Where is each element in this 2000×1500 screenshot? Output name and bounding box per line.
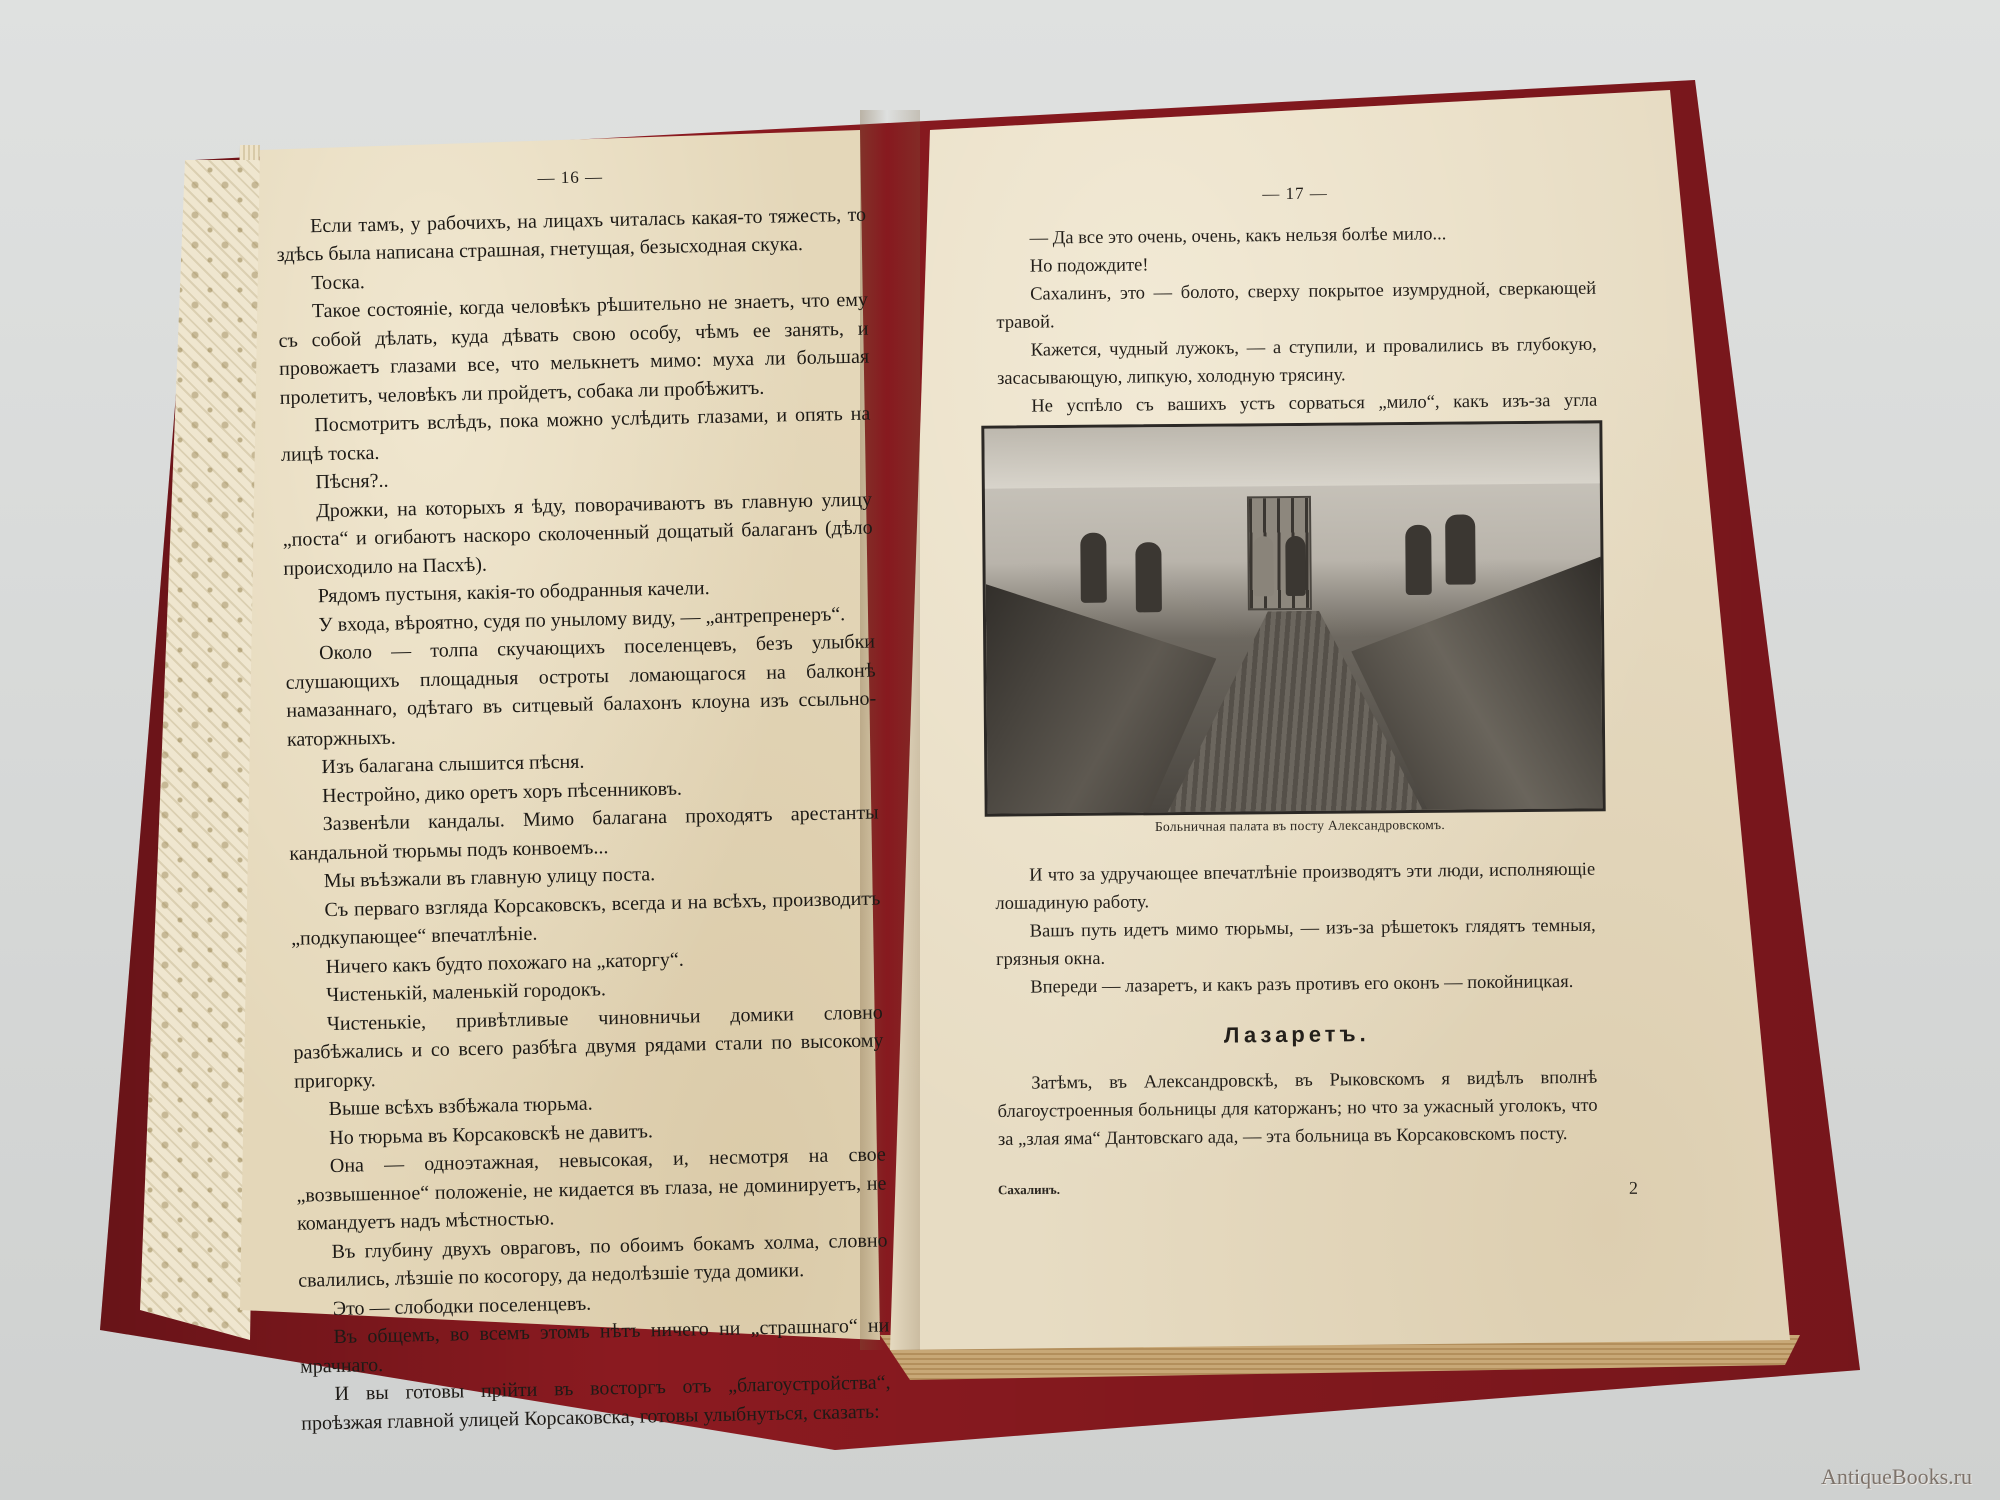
paragraph: И что за удручающее впечатлѣніе производ… xyxy=(995,856,1596,918)
paragraph: Чистенькіе, привѣтливые чиновничьи домик… xyxy=(293,998,885,1096)
paragraph: Такое состояніе, когда человѣкъ рѣшитель… xyxy=(278,286,870,412)
right-page-text-bottom: И что за удручающее впечатлѣніе производ… xyxy=(995,856,1598,1154)
hospital-ward-photograph xyxy=(981,420,1605,816)
section-heading: Лазаретъ. xyxy=(997,1018,1597,1052)
left-page-text: — 16 — Если тамъ, у рабочихъ, на лицахъ … xyxy=(275,158,891,1438)
photo-ceiling xyxy=(984,423,1600,488)
paragraph: Кажется, чудный лужокъ, — а ступили, и п… xyxy=(997,331,1598,393)
paragraph: Дрожки, на которыхъ я ѣду, поворачиваютъ… xyxy=(282,485,874,583)
signature-mark: Сахалинъ. xyxy=(998,1182,1060,1203)
signature-number: 2 xyxy=(1629,1178,1638,1199)
signature-line: Сахалинъ. 2 xyxy=(998,1178,1638,1203)
paragraph: Затѣмъ, въ Александровскѣ, въ Рыковскомъ… xyxy=(997,1064,1598,1154)
photo-figure xyxy=(1080,533,1107,603)
paragraph: Она — одноэтажная, невысокая, и, несмотр… xyxy=(296,1140,888,1238)
paragraph: Сахалинъ, это — болото, сверху покрытое … xyxy=(996,275,1597,337)
watermark: AntiqueBooks.ru xyxy=(1821,1464,1972,1490)
photo-figure xyxy=(1135,542,1162,612)
paragraph: Впереди — лазаретъ, и какъ разъ противъ … xyxy=(996,968,1596,1002)
photo-figure xyxy=(1445,514,1476,584)
paragraph: Около — толпа скучающихъ поселенцевъ, бе… xyxy=(285,628,877,754)
photo-figure xyxy=(1253,536,1274,596)
photo-figure xyxy=(1285,536,1306,596)
photo-figure xyxy=(1405,525,1432,595)
paragraph: Вашъ путь идетъ мимо тюрьмы, — изъ-за рѣ… xyxy=(996,912,1597,974)
photo-scene: — 16 — Если тамъ, у рабочихъ, на лицахъ … xyxy=(0,0,2000,1500)
page-number-17: — 17 — xyxy=(995,177,1595,211)
